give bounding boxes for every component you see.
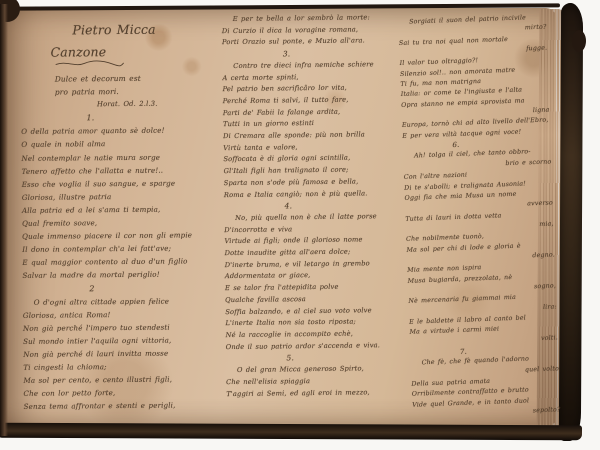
manuscript-photo: Pietro Micca Canzone Dulce et decorum es… bbox=[0, 0, 600, 450]
manuscript-line: Senza tema affrontar e stenti e perigli, bbox=[24, 398, 222, 413]
book-cover-bottom-edge bbox=[0, 423, 582, 441]
manuscript-line: Quale immenso piacere il cor non gli emp… bbox=[22, 228, 220, 243]
manuscript-line: Porti Orazio sul ponte, e Muzio all'ara. bbox=[222, 35, 406, 49]
manuscript-line: Salvar la madre da mortal periglio! bbox=[22, 268, 220, 283]
flourish-underline bbox=[55, 60, 125, 68]
stanza-number: 2 bbox=[23, 281, 162, 295]
fore-edge-nick bbox=[572, 30, 586, 52]
manuscript-column-middle: E per te bella a lor sembrò la morte:Di … bbox=[222, 12, 411, 400]
manuscript-line: Roma e Italia cangiò; non è più quella. bbox=[224, 187, 408, 201]
stanza-number: 1. bbox=[21, 111, 160, 125]
manuscript-column-right: Sorgiati il suon del patrio incivilemirt… bbox=[398, 12, 565, 421]
poem-title: Pietro Micca bbox=[72, 21, 218, 37]
manuscript-line: Onde il suo patrio ardor s'accenda e viv… bbox=[226, 340, 410, 354]
gutter-shadow bbox=[0, 4, 8, 436]
poem-subtitle: Canzone bbox=[50, 43, 218, 59]
manuscript-line: T'aggiri ai Semi, ed agli eroi in mezzo, bbox=[226, 386, 410, 400]
manuscript-column-left: Pietro Micca Canzone Dulce et decorum es… bbox=[20, 21, 221, 413]
epigraph-source: Horat. Od. 2.l.3. bbox=[97, 97, 219, 111]
